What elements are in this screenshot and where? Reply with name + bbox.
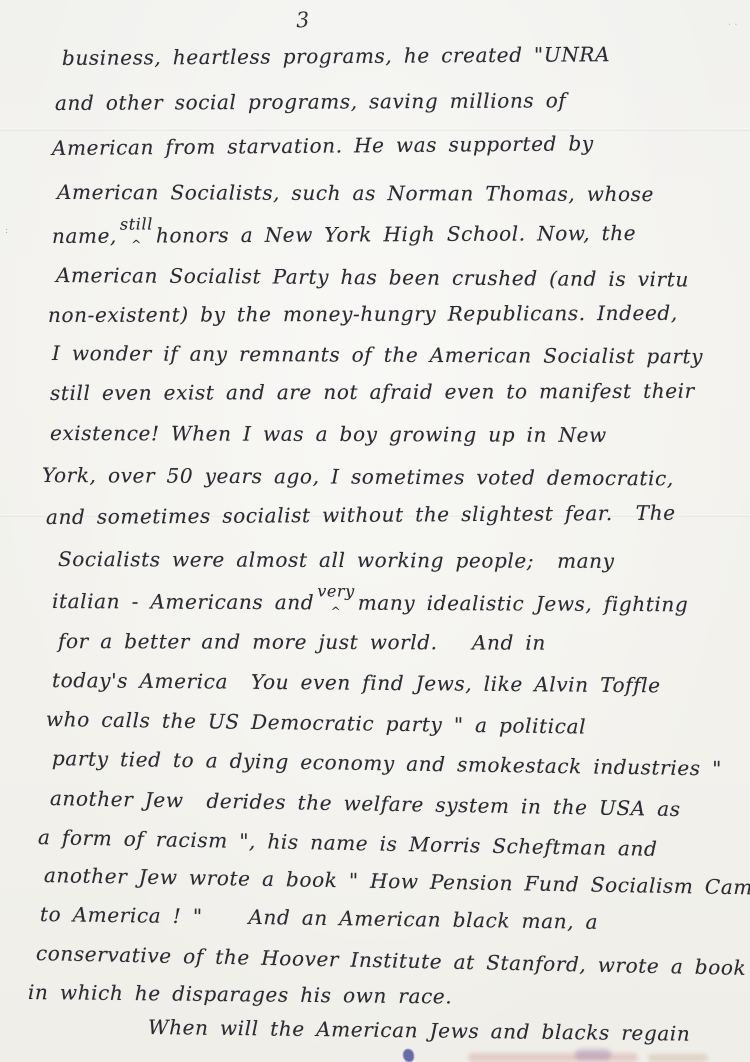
line-text: honors a New York High School. Now, the [156, 221, 636, 248]
margin-speck: : [5, 228, 9, 240]
handwritten-line: Socialists were almost all working peopl… [58, 547, 615, 573]
handwritten-line: When will the American Jews and blacks r… [148, 1015, 691, 1046]
handwritten-line: American Socialists, such as Norman Thom… [57, 180, 654, 206]
scan-artifact-purple [575, 1049, 611, 1060]
line-text: many idealistic Jews, fighting [358, 591, 689, 617]
handwritten-line: italian - Americans andvery^many idealis… [52, 589, 688, 616]
handwritten-line: American from starvation. He was support… [52, 131, 594, 160]
handwritten-line: for a better and more just world. And in [58, 629, 546, 655]
letter-page: 3 business, heartless programs, he creat… [0, 0, 750, 1062]
handwritten-line: to America ! " And an American black man… [40, 902, 598, 934]
caret-mark: ^ [120, 239, 153, 249]
handwritten-line: and other social programs, saving millio… [55, 88, 566, 115]
handwritten-line: still even exist and are not afraid even… [50, 379, 695, 405]
corner-speck: · · [728, 20, 748, 28]
handwritten-line: another Jew wrote a book " How Pension F… [44, 863, 750, 900]
line-text: name, [52, 224, 117, 248]
line-text: italian - Americans and [52, 589, 314, 614]
handwritten-line: today's America You even find Jews, like… [52, 668, 661, 697]
scan-artifact-tan [648, 1054, 708, 1062]
caret-insertion: very^ [317, 590, 355, 610]
caret-insertion: still^ [120, 223, 153, 243]
handwritten-line: name,still^honors a New York High School… [52, 221, 636, 248]
handwritten-line: a form of racism ", his name is Morris S… [38, 825, 658, 861]
fold-crease [0, 128, 750, 131]
handwritten-line: conservative of the Hoover Institute at … [36, 941, 747, 980]
handwritten-line: York, over 50 years ago, I sometimes vot… [42, 463, 674, 490]
scan-artifact-pink [468, 1053, 638, 1062]
inserted-word: very [317, 586, 355, 596]
scan-artifact-blue [403, 1049, 414, 1062]
handwritten-line: and sometimes socialist without the slig… [46, 501, 676, 529]
handwritten-line: party tied to a dying economy and smokes… [52, 746, 722, 781]
handwritten-line: existence! When I was a boy growing up i… [50, 421, 607, 447]
inserted-word: still [120, 219, 153, 229]
handwritten-line: I wonder if any remnants of the American… [52, 341, 703, 368]
handwritten-line: non-existent) by the money-hungry Republ… [48, 301, 678, 327]
handwritten-line: business, heartless programs, he created… [62, 42, 610, 70]
caret-mark: ^ [317, 606, 355, 616]
handwritten-line: who calls the US Democratic party " a po… [46, 707, 586, 739]
handwritten-line: American Socialist Party has been crushe… [56, 263, 689, 291]
handwritten-line: in which he disparages his own race. [28, 980, 452, 1008]
page-number: 3 [295, 8, 310, 33]
handwritten-line: another Jew derides the welfare system i… [50, 786, 681, 821]
